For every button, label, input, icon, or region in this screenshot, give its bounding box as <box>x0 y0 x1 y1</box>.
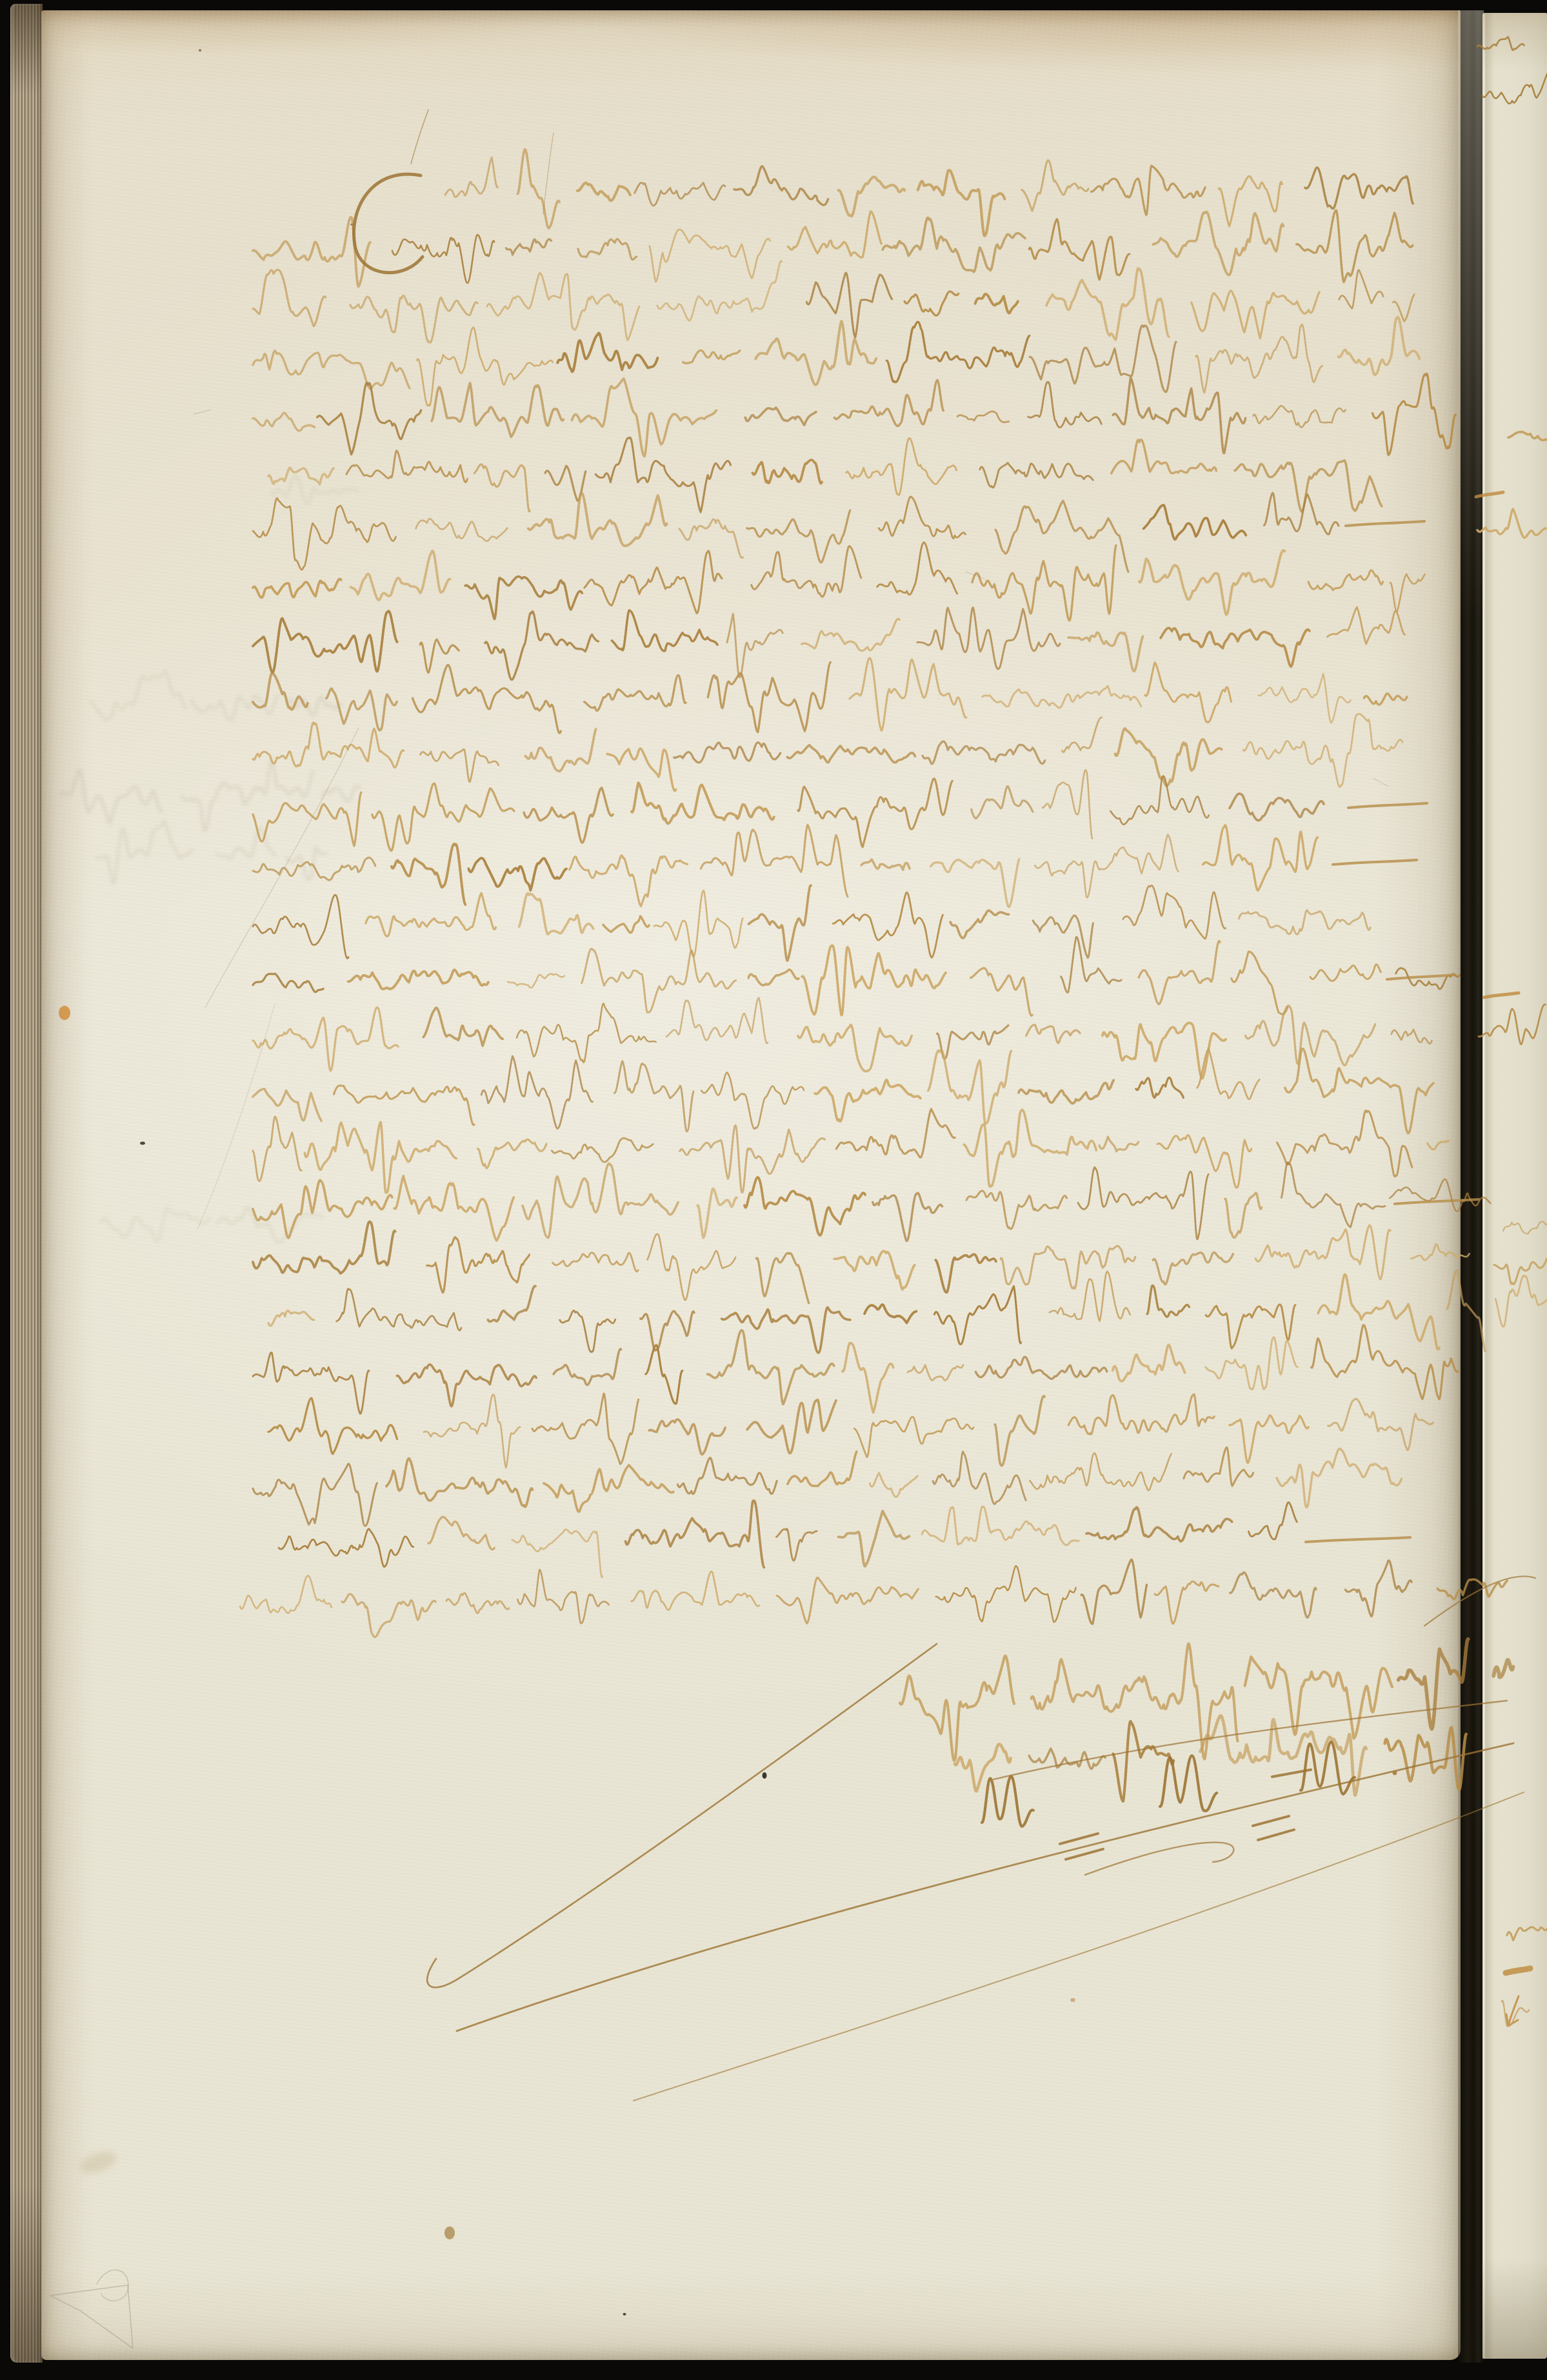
page-fold-shadow <box>1458 10 1484 2363</box>
facing-page-sliver <box>1482 13 1547 2359</box>
manuscript-page <box>41 10 1461 2360</box>
manuscript-photo-background <box>0 0 1547 2380</box>
book-spine-page-edges <box>10 4 43 2363</box>
